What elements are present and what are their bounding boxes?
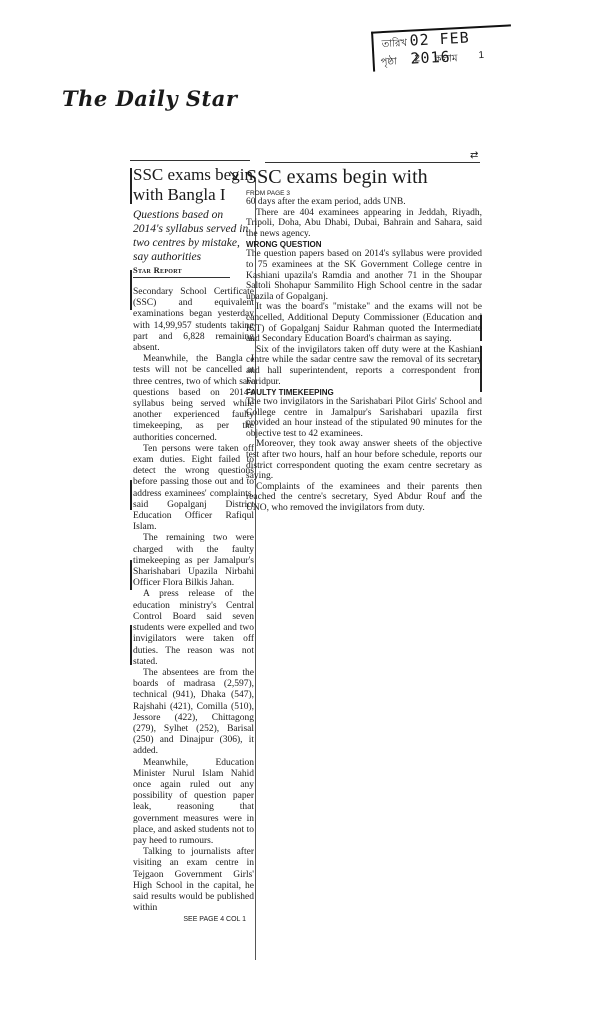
article-paragraph: The two invigilators in the Sarishabari …: [246, 397, 482, 439]
stamp-date: 02 FEB 2016: [409, 26, 513, 67]
date-stamp: তারিখ 02 FEB 2016 পৃষ্ঠা 2 কলাম 1: [371, 24, 513, 71]
main-article: SSC exams begin with Bangla I Questions …: [133, 165, 254, 923]
article-paragraph: Secondary School Certificate (SSC) and e…: [133, 287, 254, 354]
article-paragraph: It was the board's "mistake" and the exa…: [246, 302, 482, 344]
article-deck: Questions based on 2014's syllabus serve…: [133, 208, 254, 264]
jump-line: SEE PAGE 4 COL 1: [133, 916, 254, 923]
continuation-article: SSC exams begin with FROM PAGE 3 60 days…: [246, 166, 482, 514]
pen-mark-icon: ⇄: [470, 150, 478, 161]
from-page-label: FROM PAGE 3: [246, 190, 482, 197]
article-paragraph: Six of the invigilators taken off duty w…: [246, 345, 482, 387]
article-paragraph: There are 404 examinees appearing in Jed…: [246, 208, 482, 240]
article-paragraph: A press release of the education ministr…: [133, 589, 254, 667]
subheading-wrong-question: WRONG QUESTION: [246, 240, 482, 249]
stamp-column-label: কলাম: [434, 51, 458, 69]
article-paragraph: Meanwhile, Education Minister Nurul Isla…: [133, 758, 254, 848]
article-paragraph: 60 days after the exam period, adds UNB.: [246, 197, 482, 208]
clip-line: [130, 160, 250, 161]
clip-edge-line: [130, 480, 132, 510]
article-paragraph: The absentees are from the boards of mad…: [133, 668, 254, 758]
continuation-headline: SSC exams begin with: [246, 166, 482, 188]
clip-edge-line: [130, 560, 132, 590]
clip-line: [265, 162, 480, 163]
article-body: Secondary School Certificate (SSC) and e…: [133, 287, 254, 914]
clip-edge-line: [130, 625, 132, 665]
stamp-date-label: তারিখ: [381, 36, 407, 54]
newspaper-masthead: The Daily Star: [62, 86, 237, 111]
article-paragraph: The question papers based on 2014's syll…: [246, 249, 482, 302]
article-byline: Star Report: [133, 265, 230, 278]
clip-edge-line: [130, 168, 132, 204]
stamp-column: 1: [478, 50, 484, 61]
article-paragraph: Meanwhile, the Bangla I tests will not b…: [133, 354, 254, 444]
article-paragraph: Moreover, they took away answer sheets o…: [246, 439, 482, 481]
stamp-page: 2: [414, 53, 420, 64]
article-paragraph: Complaints of the examinees and their pa…: [246, 482, 482, 514]
article-paragraph: Ten persons were taken off exam duties. …: [133, 444, 254, 534]
subheading-faulty-timekeeping: FAULTY TIMEKEEPING: [246, 388, 482, 397]
clip-edge-line: [130, 270, 132, 310]
article-headline: SSC exams begin with Bangla I: [133, 165, 254, 205]
continuation-body: 60 days after the exam period, adds UNB.…: [246, 197, 482, 514]
stamp-page-label: পৃষ্ঠা: [380, 54, 397, 72]
article-paragraph: The remaining two were charged with the …: [133, 533, 254, 589]
article-paragraph: Talking to journalists after visiting an…: [133, 847, 254, 914]
